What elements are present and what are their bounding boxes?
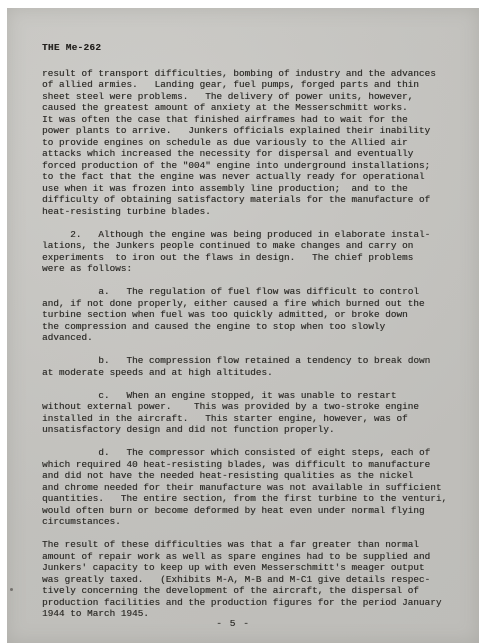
paper-page: THE Me-262 result of transport difficult… (7, 8, 479, 643)
paragraph-intro: result of transport difficulties, bombin… (42, 68, 462, 218)
document-title: THE Me-262 (42, 42, 462, 54)
page-number: - 5 - (7, 618, 459, 629)
paragraph-item-b: b. The compression flow retained a tende… (42, 355, 462, 378)
paragraph-item-c: c. When an engine stopped, it was unable… (42, 390, 462, 436)
paragraph-conclusion: The result of these difficulties was tha… (42, 539, 462, 620)
paragraph-item-a: a. The regulation of fuel flow was diffi… (42, 286, 462, 344)
paragraph-item-d: d. The compressor which consisted of eig… (42, 447, 462, 528)
page-content: THE Me-262 result of transport difficult… (42, 42, 462, 631)
paragraph-section-2: 2. Although the engine was being produce… (42, 229, 462, 275)
scan-speck (10, 588, 13, 591)
scanned-document: THE Me-262 result of transport difficult… (0, 0, 482, 643)
